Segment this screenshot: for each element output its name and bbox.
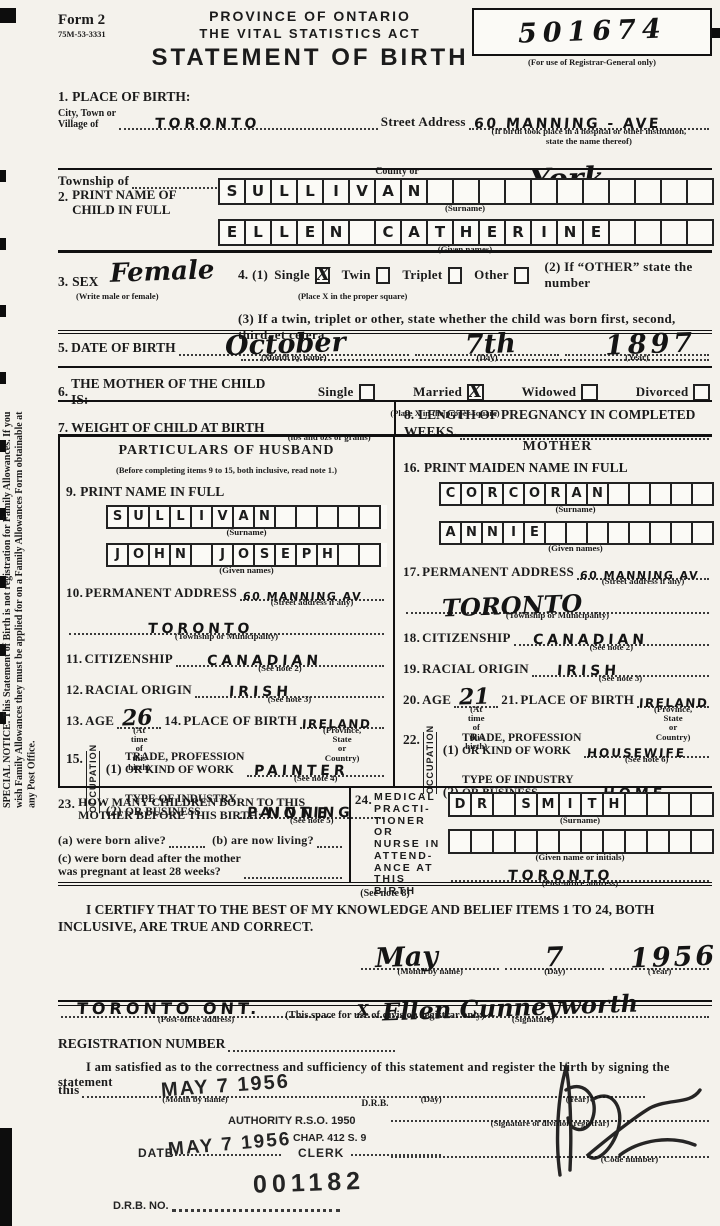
now-living-field — [317, 836, 342, 848]
letter-cell — [530, 178, 558, 205]
sec6-no: 6. — [58, 384, 68, 400]
letter-cell: V — [211, 505, 234, 529]
city-town-label: City, Town or Village of — [58, 108, 116, 130]
mother-age-field: 21 (At time of this birth) — [454, 690, 498, 708]
letter-cell: E — [582, 219, 610, 246]
triplet-checkbox — [448, 267, 463, 284]
dob-month-note: (Month by name) — [261, 353, 327, 362]
letter-cell — [544, 521, 567, 545]
letter-cell — [492, 792, 516, 817]
letter-cell — [274, 505, 297, 529]
mother-birthplace-label: PLACE OF BIRTH — [520, 692, 634, 708]
letter-cell — [504, 178, 532, 205]
husband-note1: (Before completing items 9 to 15, both i… — [66, 465, 387, 475]
mother-trade-field: HOUSEWIFE (See note 6) — [584, 740, 709, 758]
letter-cell: E — [218, 219, 246, 246]
letter-cell — [452, 178, 480, 205]
section-weight-pregnancy: 7. WEIGHT OF CHILD AT BIRTH (lbs and ozs… — [58, 400, 712, 436]
letter-cell — [668, 829, 692, 854]
husband-surname-note: (Surname) — [226, 528, 266, 537]
mother-name-label: PRINT MAIDEN NAME IN FULL — [424, 460, 628, 475]
divider-double-rule — [58, 1000, 712, 1006]
status-married-mark: X — [468, 381, 482, 402]
letter-cell — [649, 521, 672, 545]
mother-citizenship-field: CANADIAN (See note 2) — [514, 628, 709, 646]
mother-age-note: (At time of this birth) — [465, 705, 487, 751]
status-single-checkbox — [359, 384, 376, 401]
born-alive-field — [169, 836, 205, 848]
letter-cell — [426, 178, 454, 205]
note8: (See note 8) — [58, 888, 712, 899]
section-children-medical: 23. HOW MANY CHILDREN BORN TO THIS MOTHE… — [58, 786, 712, 886]
letter-cell: R — [504, 219, 532, 246]
letter-cell: A — [400, 219, 428, 246]
act-title: THE VITAL STATISTICS ACT — [148, 26, 472, 41]
letter-cell: E — [274, 543, 297, 567]
husband-birthplace-note: (Province, State or Country) — [321, 726, 363, 763]
mother-city-field: TORONTO (Township or Municipality) — [406, 598, 709, 614]
sec18-no: 18. — [403, 630, 420, 646]
division-registrar-signature — [500, 1060, 715, 1190]
certify-year-field: 1956 (Year) — [610, 952, 709, 970]
letter-cell — [608, 178, 636, 205]
scan-artifact — [0, 1128, 12, 1226]
medical-attendant-label: MEDICAL PRACTI- TIONER OR NURSE IN ATTEN… — [374, 792, 448, 882]
drb-no-line: D.R.B. NO. — [113, 1200, 343, 1212]
dob-day-note: (Day) — [477, 353, 498, 362]
sec10-no: 10. — [66, 585, 83, 601]
chap-text: CHAP. 412 S. 9 — [293, 1132, 366, 1144]
mother-birthplace-note: (Province, State or Country) — [654, 705, 692, 742]
husband-given-note: (Given names) — [219, 566, 274, 575]
sex-value-handwritten: Female — [110, 255, 215, 289]
drb-no-field — [172, 1201, 340, 1212]
certify-day-note: (Day) — [544, 967, 565, 976]
letter-cell — [628, 521, 651, 545]
letter-cell — [690, 829, 714, 854]
husband-column: PARTICULARS OF HUSBAND (Before completin… — [58, 437, 395, 787]
letter-cell: L — [270, 219, 298, 246]
letter-cell: N — [460, 521, 483, 545]
registration-number-handwritten: 501674 — [517, 13, 667, 49]
pregnancy-label: LENGTH OF PREGNANCY IN COMPLETED — [418, 407, 695, 422]
child-given-boxes: (Given names) ELLENCATHERINE — [218, 219, 712, 246]
section-child-name: 2. PRINT NAME OF CHILD IN FULL (Surname)… — [58, 168, 712, 246]
letter-cell — [690, 792, 714, 817]
status-married-label: Married — [413, 384, 462, 400]
husband-street-field: 60 MANNING AV (Street address if any) — [240, 583, 384, 601]
letter-cell: M — [536, 792, 560, 817]
letter-cell — [556, 178, 584, 205]
husband-age-label: AGE — [85, 713, 114, 729]
husband-age-note: (At time of this birth) — [128, 726, 150, 772]
special-notice-margin-text: SPECIAL NOTICE. This Statement of Birth … — [2, 398, 54, 808]
husband-trade-note: (See note 4) — [294, 774, 337, 783]
letter-cell — [649, 482, 672, 506]
letter-cell: O — [127, 543, 150, 567]
certify-day-field: 7 (Day) — [505, 952, 604, 970]
mother-address-label: PERMANENT ADDRESS — [422, 564, 574, 580]
sec4-note: (Place X in the proper square) — [298, 291, 712, 301]
sec17-no: 17. — [403, 564, 420, 580]
single-check-mark: X — [316, 264, 330, 285]
status-widowed-label: Widowed — [522, 384, 577, 400]
scan-artifact — [0, 238, 6, 250]
sec21-no: 21. — [501, 692, 518, 708]
triplet-option-label: Triplet — [402, 267, 442, 283]
husband-given-boxes: (Given names) JOHNJOSEPH — [106, 543, 387, 567]
page-title: STATEMENT OF BIRTH — [148, 44, 472, 72]
letter-cell: V — [348, 178, 376, 205]
registration-number-field — [228, 1040, 395, 1052]
letter-cell — [608, 219, 636, 246]
letter-cell — [686, 219, 714, 246]
clerk-field — [351, 1152, 441, 1156]
letter-cell: R — [470, 792, 494, 817]
medical-given-note: (Given name or initials) — [535, 853, 624, 862]
letter-cell — [660, 219, 688, 246]
sec3-no: 3. — [58, 274, 68, 289]
husband-name-label: PRINT NAME IN FULL — [80, 484, 224, 499]
sec11-no: 11. — [66, 651, 82, 667]
sec2-no: 2. — [58, 189, 68, 204]
letter-cell: H — [148, 543, 171, 567]
letter-cell: L — [169, 505, 192, 529]
letter-cell — [565, 521, 588, 545]
letter-cell: A — [439, 521, 462, 545]
medical-address-note: (Post-office address) — [542, 879, 618, 888]
husband-birthplace-field: IRELAND (Province, State or Country) — [300, 711, 384, 729]
letter-cell: N — [481, 521, 504, 545]
sec12-no: 12. — [66, 682, 83, 698]
husband-citizenship-label: CITIZENSHIP — [84, 651, 173, 667]
date-stamp-field — [171, 1152, 281, 1156]
twin-checkbox — [376, 267, 391, 284]
letter-cell — [607, 482, 630, 506]
clerk-label: CLERK — [298, 1146, 344, 1160]
letter-cell: P — [295, 543, 318, 567]
letter-cell: N — [556, 219, 584, 246]
letter-cell: A — [565, 482, 588, 506]
letter-cell: R — [481, 482, 504, 506]
status-single-label: Single — [318, 384, 354, 400]
mother-given-boxes: (Given names) ANNIE — [439, 521, 712, 545]
sec1-label: PLACE OF BIRTH: — [72, 89, 190, 104]
status-divorced-checkbox — [693, 384, 710, 401]
prior-children-block: 23. HOW MANY CHILDREN BORN TO THIS MOTHE… — [58, 788, 351, 882]
registration-number-label: REGISTRATION NUMBER — [58, 1036, 225, 1052]
now-living-label: (b) are now living? — [212, 833, 314, 848]
letter-cell — [634, 178, 662, 205]
letter-cell — [686, 178, 714, 205]
drb-no-label: D.R.B. NO. — [113, 1200, 169, 1212]
letter-cell — [691, 521, 714, 545]
letter-cell — [492, 829, 516, 854]
prior-children-value-handwritten: NONE — [266, 804, 331, 822]
mother-header: MOTHER — [403, 439, 712, 455]
letter-cell: O — [232, 543, 255, 567]
letter-cell: L — [148, 505, 171, 529]
husband-age-field: 26 (At time of this birth) — [117, 711, 161, 729]
letter-cell — [628, 482, 651, 506]
sex-note: (Write male or female) — [76, 291, 238, 301]
letter-cell: H — [452, 219, 480, 246]
letter-cell: I — [190, 505, 213, 529]
letter-cell: O — [523, 482, 546, 506]
husband-citizenship-note: (See note 2) — [258, 664, 301, 673]
letter-cell: U — [127, 505, 150, 529]
letter-cell: N — [253, 505, 276, 529]
husband-surname-boxes: (Surname) SULLIVAN — [106, 505, 387, 529]
certify-month-field: May (Month by name) — [361, 952, 499, 970]
letter-cell — [634, 219, 662, 246]
letter-cell — [470, 829, 494, 854]
registration-number-box: 501674 — [472, 8, 712, 56]
status-divorced-label: Divorced — [636, 384, 689, 400]
sec9-no: 9. — [66, 484, 76, 499]
dob-day-field: 7th (Day) — [415, 338, 559, 356]
medical-surname-note: (Surname) — [560, 816, 600, 825]
letter-cell: L — [296, 178, 324, 205]
scan-artifact — [0, 305, 6, 317]
mother-surname-boxes: (Surname) CORCORAN — [439, 482, 712, 506]
letter-cell — [691, 482, 714, 506]
sec8-no: 8. — [404, 407, 414, 422]
other-option-label: Other — [474, 267, 509, 283]
letter-cell — [582, 178, 610, 205]
sec24-no: 24. — [355, 792, 372, 882]
registrar-day-note: (Day) — [421, 1095, 442, 1104]
letter-cell: N — [586, 482, 609, 506]
dob-label: DATE OF BIRTH — [71, 340, 176, 356]
street-field: 60 MANNING - AVE (If birth took place in… — [469, 112, 709, 130]
letter-cell — [536, 829, 560, 854]
letter-cell: N — [400, 178, 428, 205]
certify-year-handwritten: 1956 — [629, 940, 717, 974]
mother-street-note: (Street address if any) — [602, 577, 685, 586]
letter-cell: O — [460, 482, 483, 506]
city-field: TORONTO — [119, 112, 378, 130]
pregnancy-block: 8. LENGTH OF PREGNANCY IN COMPLETED WEEK… — [394, 402, 712, 436]
letter-cell: R — [544, 482, 567, 506]
birth-statement-document: SPECIAL NOTICE. This Statement of Birth … — [0, 0, 720, 1226]
province-title: PROVINCE OF ONTARIO — [148, 8, 472, 24]
letter-cell — [670, 521, 693, 545]
city-value-handwritten: TORONTO — [155, 116, 261, 132]
letter-cell — [670, 482, 693, 506]
street-note: (If birth took place in a hospital or ot… — [484, 127, 694, 145]
letter-cell — [668, 792, 692, 817]
letter-cell: E — [478, 219, 506, 246]
letter-cell: N — [322, 219, 350, 246]
mother-citizenship-label: CITIZENSHIP — [422, 630, 511, 646]
weight-block: 7. WEIGHT OF CHILD AT BIRTH (lbs and ozs… — [58, 402, 394, 436]
sec4-no: 4. — [238, 267, 248, 283]
letter-cell: I — [322, 178, 350, 205]
registration-number-line: REGISTRATION NUMBER — [58, 1036, 398, 1052]
registrar-month-note: (Month by name) — [162, 1095, 228, 1104]
sec23-no: 23. — [58, 796, 75, 823]
letter-cell — [602, 829, 626, 854]
born-dead-field — [244, 867, 342, 879]
certify-text: I CERTIFY THAT TO THE BEST OF MY KNOWLED… — [58, 902, 712, 936]
mother-race-note: (See note 3) — [599, 674, 642, 683]
sec16-no: 16. — [403, 460, 420, 475]
registration-number-block: 501674 (For use of Registrar-General onl… — [472, 8, 712, 72]
sec2-label: PRINT NAME OF CHILD IN FULL — [72, 188, 176, 217]
letter-cell: H — [316, 543, 339, 567]
sec15-item1-no: (1) — [106, 761, 122, 777]
letter-cell: T — [426, 219, 454, 246]
form-header: Form 2 75M-53-3331 PROVINCE OF ONTARIO T… — [58, 8, 712, 72]
mother-race-label: RACIAL ORIGIN — [422, 661, 529, 677]
letter-cell — [478, 178, 506, 205]
registrar-general-note: (For use of Registrar-General only) — [472, 57, 712, 67]
letter-cell: L — [244, 219, 272, 246]
sec1-no: 1. — [58, 89, 68, 104]
this-label: this — [58, 1082, 79, 1098]
scan-artifact — [0, 170, 6, 182]
husband-birthplace-label: PLACE OF BIRTH — [183, 713, 297, 729]
letter-cell — [358, 543, 381, 567]
form-number: Form 2 — [58, 12, 148, 29]
letter-cell: C — [439, 482, 462, 506]
mother-trade-note: (See note 6) — [625, 755, 668, 764]
certify-month-note: (Month by name) — [397, 967, 463, 976]
letter-cell: A — [374, 178, 402, 205]
dob-year-field: 1897 (Year) — [565, 338, 709, 356]
mother-column: MOTHER 16. PRINT MAIDEN NAME IN FULL (Su… — [395, 437, 712, 787]
letter-cell — [586, 521, 609, 545]
letter-cell — [337, 505, 360, 529]
letter-cell — [190, 543, 213, 567]
sex-label: SEX — [72, 274, 98, 289]
husband-race-field: IRISH (See note 3) — [195, 680, 384, 698]
letter-cell: E — [296, 219, 324, 246]
letter-cell: I — [558, 792, 582, 817]
husband-header: PARTICULARS OF HUSBAND — [66, 443, 387, 459]
dob-year-handwritten: 1897 — [605, 327, 697, 361]
other-checkbox — [514, 267, 529, 284]
letter-cell — [295, 505, 318, 529]
letter-cell — [646, 792, 670, 817]
letter-cell: S — [218, 178, 246, 205]
letter-cell: S — [514, 792, 538, 817]
section-date-of-birth: 5. DATE OF BIRTH October (Month by name)… — [58, 330, 712, 356]
mother-city-note: (Township or Municipality) — [506, 611, 609, 620]
husband-citizenship-field: CANADIAN (See note 2) — [176, 649, 384, 667]
mother-citizenship-note: (See note 2) — [590, 643, 633, 652]
letter-cell: U — [244, 178, 272, 205]
husband-race-label: RACIAL ORIGIN — [85, 682, 192, 698]
letter-cell: T — [580, 792, 604, 817]
letter-cell — [646, 829, 670, 854]
form-code: 75M-53-3331 — [58, 29, 148, 39]
authority-text: AUTHORITY R.S.O. 1950 — [228, 1115, 356, 1127]
child-surname-boxes: (Surname) SULLIVAN — [218, 178, 712, 205]
letter-cell: A — [232, 505, 255, 529]
street-address-label: Street Address — [381, 114, 466, 130]
mother-race-field: IRISH (See note 3) — [532, 659, 709, 677]
registrar-space-note: (This space for use of division registra… — [58, 1010, 712, 1021]
letter-cell — [660, 178, 688, 205]
form-number-block: Form 2 75M-53-3331 — [58, 8, 148, 72]
mother-given-note: (Given names) — [548, 544, 603, 553]
letter-cell — [348, 219, 376, 246]
born-alive-label: (a) were born alive? — [58, 833, 166, 848]
status-married-checkbox: X — [467, 384, 484, 401]
medical-surname-boxes: (Surname) DRSMITH — [448, 792, 712, 817]
sec22-item1-no: (1) — [443, 742, 459, 758]
mother-surname-note: (Surname) — [555, 505, 595, 514]
single-checkbox: X — [315, 267, 330, 284]
letter-cell — [316, 505, 339, 529]
letter-cell — [624, 792, 648, 817]
husband-city-field: TORONTO (Township or Municipality) — [69, 619, 384, 635]
husband-street-note: (Street address if any) — [271, 598, 354, 607]
letter-cell: I — [530, 219, 558, 246]
mother-occupation-vertical-label: OCCUPATION — [423, 732, 437, 794]
husband-city-note: (Township or Municipality) — [175, 632, 278, 641]
sec5-no: 5. — [58, 340, 68, 356]
drb-label: D.R.B. — [361, 1100, 388, 1110]
medical-given-boxes: (Given name or initials) — [448, 829, 712, 854]
medical-address-field: TORONTO (Post-office address) — [451, 868, 709, 882]
husband-race-note: (See note 3) — [268, 695, 311, 704]
certify-year-note: (Year) — [648, 967, 671, 976]
husband-address-label: PERMANENT ADDRESS — [85, 585, 237, 601]
letter-cell: E — [523, 521, 546, 545]
husband-trade-field: PAINTER (See note 4) — [247, 759, 384, 777]
letter-cell: C — [374, 219, 402, 246]
medical-attendant-block: 24. MEDICAL PRACTI- TIONER OR NURSE IN A… — [351, 788, 712, 882]
dob-year-note: (Year) — [625, 353, 648, 362]
drb-stamp-number: 001182 — [253, 1165, 414, 1200]
letter-cell: C — [502, 482, 525, 506]
status-widowed-checkbox — [581, 384, 598, 401]
scan-artifact — [0, 372, 6, 384]
letter-cell — [624, 829, 648, 854]
sec20-no: 20. — [403, 692, 420, 708]
mother-street-field: 60 MANNING AV (Street address if any) — [577, 562, 709, 580]
parents-columns: PARTICULARS OF HUSBAND (Before completin… — [58, 434, 712, 787]
letter-cell: D — [448, 792, 472, 817]
letter-cell — [580, 829, 604, 854]
sec14-no: 14. — [164, 713, 181, 729]
letter-cell: L — [270, 178, 298, 205]
clerk-date-stamp: MAY 7 1956 — [167, 1129, 292, 1162]
letter-cell: S — [106, 505, 129, 529]
single-option-label: Single — [274, 267, 310, 283]
letter-cell — [448, 829, 472, 854]
letter-cell — [514, 829, 538, 854]
letter-cell: I — [502, 521, 525, 545]
twin-option-label: Twin — [342, 267, 371, 283]
letter-cell: N — [169, 543, 192, 567]
letter-cell — [337, 543, 360, 567]
mother-age-label: AGE — [422, 692, 451, 708]
dob-month-field: October (Month by name) — [179, 338, 409, 356]
scan-artifact — [0, 8, 16, 23]
letter-cell — [607, 521, 630, 545]
form-titles: PROVINCE OF ONTARIO THE VITAL STATISTICS… — [148, 8, 472, 72]
mother-birthplace-field: IRELAND (Province, State or Country) — [637, 690, 709, 708]
letter-cell: J — [106, 543, 129, 567]
special-notice-text: SPECIAL NOTICE. This Statement of Birth … — [2, 398, 39, 808]
sec19-no: 19. — [403, 661, 420, 677]
child-surname-note: (Surname) — [445, 204, 485, 213]
letter-cell: J — [211, 543, 234, 567]
